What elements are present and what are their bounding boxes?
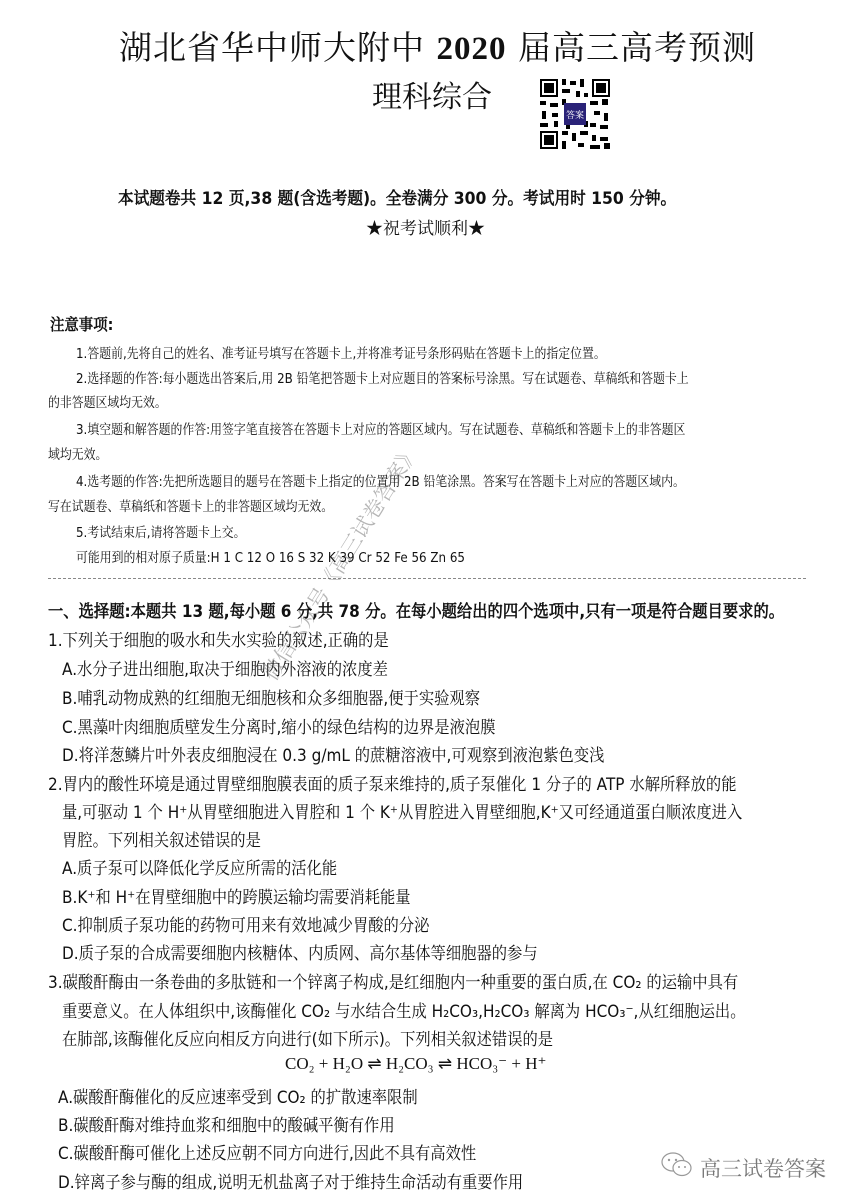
question-1-stem: 1.下列关于细胞的吸水和失水实验的叙述,正确的是 xyxy=(48,626,389,651)
question-2-option-b: B.K⁺和 H⁺在胃壁细胞中的跨膜运输均需要消耗能量 xyxy=(62,883,411,908)
question-1-option-c: C.黑藻叶肉细胞质壁发生分离时,缩小的绿色结构的边界是液泡膜 xyxy=(62,713,496,738)
atomic-mass: 可能用到的相对原子质量:H 1 C 12 O 16 S 32 K 39 Cr 5… xyxy=(76,546,465,566)
question-3-option-d: D.锌离子参与酶的组成,说明无机盐离子对于维持生命活动有重要作用 xyxy=(58,1168,523,1193)
question-3-option-c: C.碳酸酐酶可催化上述反应朝不同方向进行,因此不具有高效性 xyxy=(58,1139,476,1164)
title-suffix: 届高三高考预测 xyxy=(518,28,756,67)
question-2-option-c: C.抑制质子泵功能的药物可用来有效地减少胃酸的分泌 xyxy=(62,911,429,936)
exam-info: 本试题卷共 12 页,38 题(含选考题)。全卷满分 300 分。考试用时 15… xyxy=(118,184,676,209)
question-2-option-a: A.质子泵可以降低化学反应所需的活化能 xyxy=(62,854,337,879)
question-2-option-d: D.质子泵的合成需要细胞内核糖体、内质网、高尔基体等细胞器的参与 xyxy=(62,939,538,964)
notice-item-3: 3.填空题和解答题的作答:用签字笔直接答在答题卡上对应的答题区域内。写在试题卷、… xyxy=(76,418,685,438)
question-3-stem-1: 3.碳酸酐酶由一条卷曲的多肽链和一个锌离子构成,是红细胞内一种重要的蛋白质,在 … xyxy=(48,968,738,993)
chemical-equation: CO₂ + H₂O ⇌ H₂CO₃ ⇌ HCO₃⁻ + H⁺ xyxy=(285,1054,546,1074)
notice-item-3-cont: 域均无效。 xyxy=(48,443,107,463)
notice-item-5: 5.考试结束后,请将答题卡上交。 xyxy=(76,521,246,541)
question-2-stem-1: 2.胃内的酸性环境是通过胃壁细胞膜表面的质子泵来维持的,质子泵催化 1 分子的 … xyxy=(48,770,737,795)
question-1-option-d: D.将洋葱鳞片叶外表皮细胞浸在 0.3 g/mL 的蔗糖溶液中,可观察到液泡紫色… xyxy=(62,741,604,766)
section-heading: 一、选择题:本题共 13 题,每小题 6 分,共 78 分。在每小题给出的四个选… xyxy=(48,597,784,622)
title-prefix: 湖北省华中师大附中 xyxy=(119,28,425,67)
question-3-stem-2: 重要意义。在人体组织中,该酶催化 CO₂ 与水结合生成 H₂CO₃,H₂CO₃ … xyxy=(62,997,746,1022)
notice-item-4-cont: 写在试题卷、草稿纸和答题卡上的非答题区域均无效。 xyxy=(48,495,333,515)
wechat-icon xyxy=(660,1150,694,1185)
page-subtitle: 理科综合 xyxy=(372,72,492,116)
question-3-stem-3: 在肺部,该酶催化反应向相反方向进行(如下所示)。下列相关叙述错误的是 xyxy=(62,1025,553,1050)
page-title: 湖北省华中师大附中 2020 届高三高考预测 xyxy=(119,22,756,69)
footer-brand: 高三试卷答案 xyxy=(660,1150,826,1185)
question-3-option-a: A.碳酸酐酶催化的反应速率受到 CO₂ 的扩散速率限制 xyxy=(58,1083,418,1108)
notice-item-1: 1.答题前,先将自己的姓名、准考证号填写在答题卡上,并将准考证号条形码贴在答题卡… xyxy=(76,342,606,362)
notice-item-2-cont: 的非答题区域均无效。 xyxy=(48,391,167,411)
qr-code-icon: 答案 xyxy=(538,76,612,152)
question-3-option-b: B.碳酸酐酶对维持血浆和细胞中的酸碱平衡有作用 xyxy=(58,1111,395,1136)
section-divider xyxy=(48,578,806,579)
footer-brand-label: 高三试卷答案 xyxy=(700,1153,826,1183)
title-year: 2020 xyxy=(437,31,507,67)
question-2-stem-3: 胃腔。下列相关叙述错误的是 xyxy=(62,826,261,851)
question-1-option-a: A.水分子进出细胞,取决于细胞内外溶液的浓度差 xyxy=(62,655,388,680)
notice-item-2: 2.选择题的作答:每小题选出答案后,用 2B 铅笔把答题卡上对应题目的答案标号涂… xyxy=(76,367,689,387)
exam-wish: ★祝考试顺利★ xyxy=(366,214,485,239)
svg-text:答案: 答案 xyxy=(566,109,584,121)
question-2-stem-2: 量,可驱动 1 个 H⁺从胃壁细胞进入胃腔和 1 个 K⁺从胃腔进入胃壁细胞,K… xyxy=(62,798,742,823)
question-1-option-b: B.哺乳动物成熟的红细胞无细胞核和众多细胞器,便于实验观察 xyxy=(62,684,480,709)
notice-heading: 注意事项: xyxy=(50,312,113,335)
